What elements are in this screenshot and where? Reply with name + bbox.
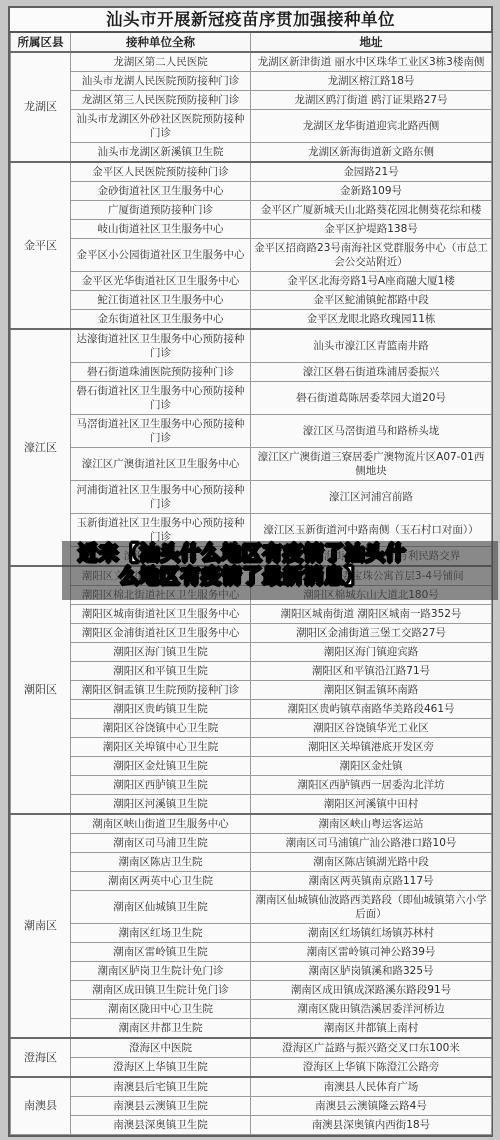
unit-name-cell: 潮南区红场卫生院 — [71, 924, 251, 943]
address-cell: 潮阳区海门镇迎宾路 — [251, 643, 492, 662]
address-cell: 潮阳区河溪镇中田村 — [251, 795, 492, 815]
unit-name-cell: 南澳县云澳镇卫生院 — [71, 1097, 251, 1116]
table-row: 金平区光华街道社区卫生服务中心金平区北海旁路1号A座商融大厦1楼 — [11, 272, 492, 291]
unit-name-cell: 潮阳区金灶镇卫生院 — [71, 757, 251, 776]
table-row: 潮南区成田镇卫生院计免门诊潮南区成田镇成深路溪东路段91号 — [11, 981, 492, 1000]
screenshot-page: 汕头市开展新冠疫苗序贯加强接种单位 所属区县 接种单位全称 地址 龙湖区龙湖区第… — [0, 0, 500, 1140]
table-row: 礐石街道社区卫生服务中心预防接种门诊礐石街道葛陈居委萃园大道20号 — [11, 382, 492, 415]
address-cell: 金平区北海旁路1号A座商融大厦1楼 — [251, 272, 492, 291]
address-cell: 金园路21号 — [251, 162, 492, 182]
unit-name-cell: 潮阳区谷饶镇中心卫生院 — [71, 719, 251, 738]
table-row: 潮南区陈店卫生院潮南区陈店镇湖光路中段 — [11, 853, 492, 872]
unit-name-cell: 鮀江街道社区卫生服务中心 — [71, 291, 251, 310]
unit-name-cell: 潮阳区和平镇卫生院 — [71, 662, 251, 681]
table-row: 马滘街道社区卫生服务中心预防接种门诊濠江区马滘街道马和路桥头垅 — [11, 415, 492, 448]
table-row: 潮南区陇田中心卫生院潮南区陇田镇浩溪居委洋河桥边 — [11, 1000, 492, 1019]
table-row: 汕头市龙湖区新溪镇卫生院龙湖区新海街道新文路东侧 — [11, 143, 492, 163]
table-row: 濠江区达濠街道社区卫生服务中心预防接种门诊汕头市濠江区青篮南井路 — [11, 329, 492, 363]
unit-name-cell: 潮南区两英中心卫生院 — [71, 872, 251, 891]
unit-name-cell: 岐山街道社区卫生服务中心 — [71, 220, 251, 239]
address-cell: 潮南区仙城镇仙波路西美路段（即仙城镇第六小学后面） — [251, 891, 492, 924]
table-row: 岐山街道社区卫生服务中心金平区护堤路138号 — [11, 220, 492, 239]
table-row: 潮阳区西胪镇卫生院潮阳区西胪镇西一居委沟北洋坊 — [11, 776, 492, 795]
table-row: 潮南区胪岗卫生院计免门诊潮南区胪岗镇溪和路325号 — [11, 962, 492, 981]
address-cell: 潮阳区铜盂镇环南路 — [251, 681, 492, 700]
address-cell: 潮南区峡山粤运客运站 — [251, 814, 492, 834]
address-cell: 濠江区马滘街道马和路桥头垅 — [251, 415, 492, 448]
district-cell: 南澳县 — [11, 1077, 71, 1135]
address-cell: 澄海区广益路与振兴路交叉口东100米 — [251, 1038, 492, 1058]
address-cell: 濠江区广澳街道三寮居委广澳物流片区A07-01西侧地块 — [251, 448, 492, 481]
unit-name-cell: 金东街道社区卫生服务中心 — [71, 310, 251, 330]
address-cell: 龙湖区鸥汀街道 鸥汀证果路27号 — [251, 91, 492, 110]
unit-name-cell: 广厦街道预防接种门诊 — [71, 201, 251, 220]
address-cell: 南澳县深奥镇内西街18号 — [251, 1116, 492, 1135]
unit-name-cell: 南澳县后宅镇卫生院 — [71, 1077, 251, 1097]
unit-name-cell: 潮阳区河溪镇卫生院 — [71, 795, 251, 815]
address-cell: 潮阳区贵屿镇草南路华美路段461号 — [251, 700, 492, 719]
table-row: 汕头市龙湖区外砂社区医院预防接种门诊龙湖区龙华街道迎宾北路西侧 — [11, 110, 492, 143]
unit-name-cell: 金平区小公园街道社区卫生服务中心 — [71, 239, 251, 272]
unit-name-cell: 潮阳区金浦街道社区卫生服务中心 — [71, 624, 251, 643]
address-cell: 澄海区上华镇下陈澄江公路旁 — [251, 1058, 492, 1078]
unit-name-cell: 礐石街道社区卫生服务中心预防接种门诊 — [71, 382, 251, 415]
unit-name-cell: 金平区人民医院预防接种门诊 — [71, 162, 251, 182]
unit-name-cell: 汕头市龙湖区新溪镇卫生院 — [71, 143, 251, 163]
address-cell: 潮南区红场镇红场镇苏林村 — [251, 924, 492, 943]
caption-line-1: 近来【汕头什么地区有疫情了汕头什 — [0, 542, 484, 565]
unit-name-cell: 潮阳区关埠镇中心卫生院 — [71, 738, 251, 757]
table-row: 广厦街道预防接种门诊金平区广厦新城天山北路葵花园北侧葵花综和楼 — [11, 201, 492, 220]
table-row: 金平区小公园街道社区卫生服务中心金平区招商路23号南海社区党群服务中心（市总工会… — [11, 239, 492, 272]
district-cell: 濠江区 — [11, 329, 71, 566]
unit-name-cell: 濠江区广澳街道社区卫生服务中心 — [71, 448, 251, 481]
address-cell: 潮阳区关埠镇港底开发区旁 — [251, 738, 492, 757]
address-cell: 南澳县人民体育广场 — [251, 1077, 492, 1097]
table-row: 金砂街道社区卫生服务中心金新路109号 — [11, 182, 492, 201]
address-cell: 潮南区成田镇成深路溪东路段91号 — [251, 981, 492, 1000]
address-cell: 潮南区井都镇上南村 — [251, 1019, 492, 1039]
table-row: 潮阳区关埠镇中心卫生院潮阳区关埠镇港底开发区旁 — [11, 738, 492, 757]
unit-name-cell: 龙湖区第二人民医院 — [71, 52, 251, 72]
address-cell: 金平区招商路23号南海社区党群服务中心（市总工会公交站附近） — [251, 239, 492, 272]
unit-name-cell: 潮南区司马浦卫生院 — [71, 834, 251, 853]
unit-name-cell: 潮南区峡山街道卫生服务中心 — [71, 814, 251, 834]
table-row: 潮南区红场卫生院潮南区红场镇红场镇苏林村 — [11, 924, 492, 943]
unit-name-cell: 潮阳区西胪镇卫生院 — [71, 776, 251, 795]
address-cell: 潮阳区西胪镇西一居委沟北洋坊 — [251, 776, 492, 795]
address-cell: 南澳县云澳镇隆云路4号 — [251, 1097, 492, 1116]
table-row: 龙湖区龙湖区第二人民医院龙湖区新津街道 丽水中区珠华工业区3栋3楼南侧 — [11, 52, 492, 72]
address-cell: 潮南区胪岗镇溪和路325号 — [251, 962, 492, 981]
address-cell: 潮阳区谷饶镇华光工业区 — [251, 719, 492, 738]
header-address: 地址 — [251, 32, 492, 52]
table-row: 潮阳区铜盂镇卫生院预防接种门诊潮阳区铜盂镇环南路 — [11, 681, 492, 700]
address-cell: 潮南区两英镇南京路117号 — [251, 872, 492, 891]
unit-name-cell: 礐石街道珠浦医院预防接种门诊 — [71, 363, 251, 382]
table-row: 潮南区两英中心卫生院潮南区两英镇南京路117号 — [11, 872, 492, 891]
table-header-row: 所属区县 接种单位全称 地址 — [11, 32, 492, 52]
table-row: 汕头市龙湖人民医院预防接种门诊龙湖区榕江路18号 — [11, 72, 492, 91]
district-cell: 澄海区 — [11, 1038, 71, 1077]
unit-name-cell: 汕头市龙湖区外砂社区医院预防接种门诊 — [71, 110, 251, 143]
caption-overlay-text: 近来【汕头什么地区有疫情了汕头什 么地区有疫情了最新消息】 — [0, 542, 484, 588]
table-row: 潮南区仙城镇卫生院潮南区仙城镇仙波路西美路段（即仙城镇第六小学后面） — [11, 891, 492, 924]
table-row: 潮阳区谷饶镇中心卫生院潮阳区谷饶镇华光工业区 — [11, 719, 492, 738]
address-cell: 金新路109号 — [251, 182, 492, 201]
table-row: 潮阳区和平镇卫生院潮阳区和平镇沿江路71号 — [11, 662, 492, 681]
table-row: 礐石街道珠浦医院预防接种门诊濠江区礐石街道珠浦居委振兴 — [11, 363, 492, 382]
unit-name-cell: 澄海区上华镇卫生院 — [71, 1058, 251, 1078]
unit-name-cell: 金平区光华街道社区卫生服务中心 — [71, 272, 251, 291]
district-cell: 潮南区 — [11, 814, 71, 1038]
address-cell: 潮南区陇田镇浩溪居委洋河桥边 — [251, 1000, 492, 1019]
table-title: 汕头市开展新冠疫苗序贯加强接种单位 — [10, 8, 491, 31]
table-row: 潮南区司马浦卫生院潮南区司马浦镇广汕公路港口路10号 — [11, 834, 492, 853]
district-cell: 潮阳区 — [11, 566, 71, 814]
address-cell: 龙湖区新海街道新文路东侧 — [251, 143, 492, 163]
table-row: 南澳县南澳县后宅镇卫生院南澳县人民体育广场 — [11, 1077, 492, 1097]
address-cell: 礐石街道葛陈居委萃园大道20号 — [251, 382, 492, 415]
address-cell: 潮阳区金浦街道三堡工交路27号 — [251, 624, 492, 643]
address-cell: 金平区护堤路138号 — [251, 220, 492, 239]
address-cell: 金平区广厦新城天山北路葵花园北侧葵花综和楼 — [251, 201, 492, 220]
unit-name-cell: 潮南区雷岭镇卫生院 — [71, 943, 251, 962]
address-cell: 潮南区雷岭镇司神公路39号 — [251, 943, 492, 962]
table-row: 潮南区雷岭镇卫生院潮南区雷岭镇司神公路39号 — [11, 943, 492, 962]
address-cell: 汕头市濠江区青篮南井路 — [251, 329, 492, 363]
header-district: 所属区县 — [11, 32, 71, 52]
unit-name-cell: 潮南区陈店卫生院 — [71, 853, 251, 872]
address-cell: 龙湖区新津街道 丽水中区珠华工业区3栋3楼南侧 — [251, 52, 492, 72]
table-row: 南澳县深奥镇卫生院南澳县深奥镇内西街18号 — [11, 1116, 492, 1135]
unit-name-cell: 马滘街道社区卫生服务中心预防接种门诊 — [71, 415, 251, 448]
unit-name-cell: 金砂街道社区卫生服务中心 — [71, 182, 251, 201]
table-row: 南澳县云澳镇卫生院南澳县云澳镇隆云路4号 — [11, 1097, 492, 1116]
address-cell: 龙湖区龙华街道迎宾北路西侧 — [251, 110, 492, 143]
address-cell: 潮阳区和平镇沿江路71号 — [251, 662, 492, 681]
table-row: 龙湖区第三人民医院预防接种门诊龙湖区鸥汀街道 鸥汀证果路27号 — [11, 91, 492, 110]
district-cell: 金平区 — [11, 162, 71, 329]
unit-name-cell: 河浦街道社区卫生服务中心预防接种门诊 — [71, 481, 251, 514]
header-unit-name: 接种单位全称 — [71, 32, 251, 52]
unit-name-cell: 潮南区仙城镇卫生院 — [71, 891, 251, 924]
unit-name-cell: 潮阳区海门镇卫生院 — [71, 643, 251, 662]
address-cell: 金平区龙眼北路玫瑰园11栋 — [251, 310, 492, 330]
table-row: 潮阳区海门镇卫生院潮阳区海门镇迎宾路 — [11, 643, 492, 662]
unit-name-cell: 汕头市龙湖人民医院预防接种门诊 — [71, 72, 251, 91]
address-cell: 濠江区礐石街道珠浦居委振兴 — [251, 363, 492, 382]
table-row: 河浦街道社区卫生服务中心预防接种门诊濠江区河浦宫前路 — [11, 481, 492, 514]
unit-name-cell: 龙湖区第三人民医院预防接种门诊 — [71, 91, 251, 110]
table-row: 金东街道社区卫生服务中心金平区龙眼北路玫瑰园11栋 — [11, 310, 492, 330]
table-row: 潮阳区河溪镇卫生院潮阳区河溪镇中田村 — [11, 795, 492, 815]
unit-name-cell: 潮南区井都卫生院 — [71, 1019, 251, 1039]
unit-name-cell: 潮阳区铜盂镇卫生院预防接种门诊 — [71, 681, 251, 700]
table-row: 鮀江街道社区卫生服务中心金平区鮀浦镇鮀都路中段 — [11, 291, 492, 310]
table-row: 潮阳区城南街道社区卫生服务中心潮阳区城南街道 潮阳区城南一路352号 — [11, 605, 492, 624]
address-cell: 潮阳区金灶镇 — [251, 757, 492, 776]
unit-name-cell: 潮南区胪岗卫生院计免门诊 — [71, 962, 251, 981]
address-cell: 濠江区河浦宫前路 — [251, 481, 492, 514]
table-row: 潮阳区金灶镇卫生院潮阳区金灶镇 — [11, 757, 492, 776]
unit-name-cell: 潮阳区贵屿镇卫生院 — [71, 700, 251, 719]
table-row: 潮南区井都卫生院潮南区井都镇上南村 — [11, 1019, 492, 1039]
address-cell: 金平区鮀浦镇鮀都路中段 — [251, 291, 492, 310]
unit-name-cell: 潮南区陇田中心卫生院 — [71, 1000, 251, 1019]
table-row: 澄海区上华镇卫生院澄海区上华镇下陈澄江公路旁 — [11, 1058, 492, 1078]
caption-line-2: 么地区有疫情了最新消息】 — [0, 565, 484, 588]
unit-name-cell: 南澳县深奥镇卫生院 — [71, 1116, 251, 1135]
table-row: 潮南区潮南区峡山街道卫生服务中心潮南区峡山粤运客运站 — [11, 814, 492, 834]
table-row: 金平区金平区人民医院预防接种门诊金园路21号 — [11, 162, 492, 182]
district-cell: 龙湖区 — [11, 52, 71, 162]
table-row: 潮阳区金浦街道社区卫生服务中心潮阳区金浦街道三堡工交路27号 — [11, 624, 492, 643]
address-cell: 潮南区陈店镇湖光路中段 — [251, 853, 492, 872]
table-row: 潮阳区贵屿镇卫生院潮阳区贵屿镇草南路华美路段461号 — [11, 700, 492, 719]
unit-name-cell: 潮阳区城南街道社区卫生服务中心 — [71, 605, 251, 624]
unit-name-cell: 达濠街道社区卫生服务中心预防接种门诊 — [71, 329, 251, 363]
address-cell: 潮阳区城南街道 潮阳区城南一路352号 — [251, 605, 492, 624]
address-cell: 龙湖区榕江路18号 — [251, 72, 492, 91]
table-row: 濠江区广澳街道社区卫生服务中心濠江区广澳街道三寮居委广澳物流片区A07-01西侧… — [11, 448, 492, 481]
address-cell: 潮南区司马浦镇广汕公路港口路10号 — [251, 834, 492, 853]
unit-name-cell: 潮南区成田镇卫生院计免门诊 — [71, 981, 251, 1000]
unit-name-cell: 澄海区中医院 — [71, 1038, 251, 1058]
table-row: 澄海区澄海区中医院澄海区广益路与振兴路交叉口东100米 — [11, 1038, 492, 1058]
